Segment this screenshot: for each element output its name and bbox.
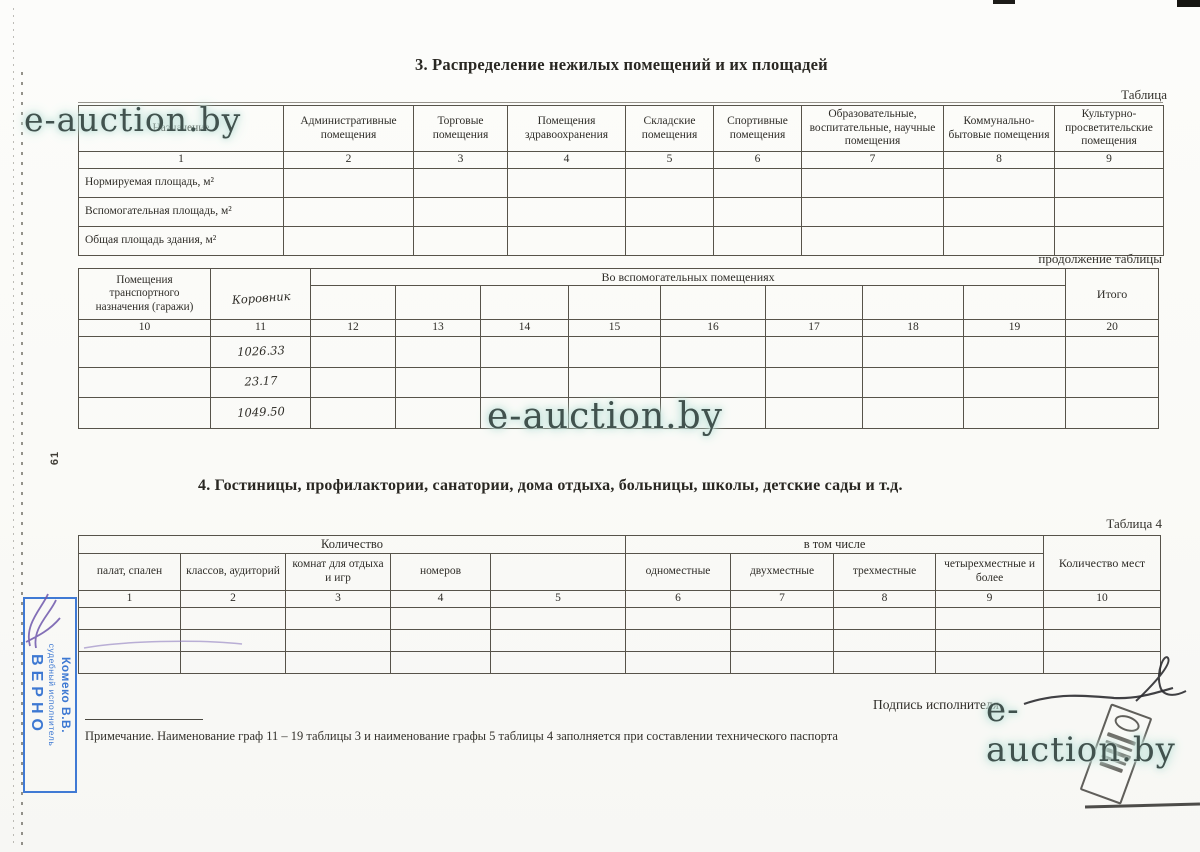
empty-cell <box>626 168 714 197</box>
empty-cell <box>491 629 626 651</box>
empty-cell <box>626 629 731 651</box>
empty-cell <box>391 607 491 629</box>
column-header: четырехместные и более <box>936 554 1044 591</box>
column-number: 6 <box>714 152 802 169</box>
stray-pen-stroke <box>80 636 250 652</box>
column-number: 2 <box>284 152 414 169</box>
empty-cell <box>414 226 508 255</box>
column-header: Помещения здравоохранения <box>508 106 626 152</box>
empty-cell <box>508 226 626 255</box>
table-row: Нормируемая площадь, м² <box>79 168 1164 197</box>
empty-cell <box>964 397 1066 428</box>
table-row <box>79 607 1161 629</box>
empty-cell <box>1044 629 1161 651</box>
page-number: 61 <box>49 451 61 465</box>
column-header: Итого <box>1066 269 1159 320</box>
scan-top-mark <box>993 0 1015 4</box>
empty-cell <box>569 336 661 367</box>
row-label: Нормируемая площадь, м² <box>79 168 284 197</box>
empty-cell <box>964 286 1066 320</box>
column-header: трехместные <box>834 554 936 591</box>
table-row <box>79 651 1161 673</box>
handwritten-entry: Коровник <box>209 265 312 323</box>
scanned-document-page: 3. Распределение нежилых помещений и их … <box>0 0 1200 852</box>
empty-cell <box>766 336 863 367</box>
table-row: Общая площадь здания, м² <box>79 226 1164 255</box>
empty-cell <box>391 651 491 673</box>
column-number: 14 <box>481 320 569 337</box>
empty-cell <box>802 226 944 255</box>
empty-cell <box>286 629 391 651</box>
table-row: 23.17 <box>79 367 1159 397</box>
column-number: 15 <box>569 320 661 337</box>
column-header: Спортивные помещения <box>714 106 802 152</box>
empty-cell <box>834 629 936 651</box>
column-number: 4 <box>508 152 626 169</box>
empty-cell <box>79 367 211 397</box>
empty-cell <box>286 607 391 629</box>
empty-cell <box>311 397 396 428</box>
column-number: 2 <box>181 591 286 608</box>
empty-cell <box>731 651 834 673</box>
executor-signature-label: Подпись исполнителя <box>873 697 999 713</box>
watermark: e-auction.by <box>24 100 241 139</box>
empty-cell <box>414 197 508 226</box>
empty-cell <box>1066 367 1159 397</box>
handwritten-value: 1026.33 <box>210 334 311 368</box>
empty-cell <box>766 286 863 320</box>
column-number: 10 <box>79 320 211 337</box>
empty-cell <box>569 286 661 320</box>
empty-cell <box>626 607 731 629</box>
empty-cell <box>626 651 731 673</box>
column-header: Образовательные, воспитательные, научные… <box>802 106 944 152</box>
group-header: в том числе <box>626 536 1044 554</box>
column-number: 12 <box>311 320 396 337</box>
section4-title: 4. Гостиницы, профилактории, санатории, … <box>198 477 903 495</box>
column-number: 17 <box>766 320 863 337</box>
section3-title: 3. Распределение нежилых помещений и их … <box>415 55 828 75</box>
empty-cell <box>834 607 936 629</box>
empty-cell <box>311 336 396 367</box>
empty-cell <box>626 197 714 226</box>
column-number: 9 <box>1055 152 1164 169</box>
empty-cell <box>414 168 508 197</box>
column-number: 18 <box>863 320 964 337</box>
empty-cell <box>1044 607 1161 629</box>
empty-cell <box>766 397 863 428</box>
empty-cell <box>481 286 569 320</box>
empty-cell <box>396 336 481 367</box>
empty-cell <box>964 367 1066 397</box>
empty-cell <box>661 286 766 320</box>
empty-cell <box>714 197 802 226</box>
empty-cell <box>79 336 211 367</box>
empty-cell <box>944 168 1055 197</box>
watermark: e-auction.by <box>986 690 1200 770</box>
empty-cell <box>396 286 481 320</box>
empty-cell <box>79 397 211 428</box>
column-number: 9 <box>936 591 1044 608</box>
column-number: 6 <box>626 591 731 608</box>
column-number: 10 <box>1044 591 1161 608</box>
empty-cell <box>964 336 1066 367</box>
stamp-signature-handwriting <box>16 584 96 664</box>
empty-cell <box>863 397 964 428</box>
empty-cell <box>1066 336 1159 367</box>
empty-cell <box>1055 226 1164 255</box>
row-label: Общая площадь здания, м² <box>79 226 284 255</box>
empty-cell <box>1066 397 1159 428</box>
column-header: комнат для отдыха и игр <box>286 554 391 591</box>
empty-cell <box>396 397 481 428</box>
column-number: 20 <box>1066 320 1159 337</box>
empty-cell <box>731 607 834 629</box>
cont-number-row: 10 11 12 13 14 15 16 17 18 19 20 <box>79 320 1159 337</box>
table4-label: Таблица 4 <box>1106 516 1162 532</box>
empty-cell <box>311 286 396 320</box>
column-number: 5 <box>491 591 626 608</box>
column-number: 3 <box>414 152 508 169</box>
empty-cell <box>311 367 396 397</box>
table-row: 1026.33 <box>79 336 1159 367</box>
group-header: Количество <box>79 536 626 554</box>
column-header: классов, аудиторий <box>181 554 286 591</box>
empty-cell <box>936 629 1044 651</box>
empty-cell <box>626 226 714 255</box>
empty-cell <box>284 226 414 255</box>
cont-header-row: Помещения транспортного назначения (гара… <box>79 269 1159 286</box>
table4-group-row: Количество в том числе Количество мест <box>79 536 1161 554</box>
column-header: Торговые помещения <box>414 106 508 152</box>
empty-cell <box>181 651 286 673</box>
empty-cell <box>802 168 944 197</box>
column-number: 13 <box>396 320 481 337</box>
empty-cell <box>731 629 834 651</box>
empty-cell <box>569 367 661 397</box>
empty-cell <box>181 607 286 629</box>
watermark: e-auction.by <box>487 396 723 437</box>
scan-bottom-mark <box>1085 802 1200 808</box>
handwritten-value: 1049.50 <box>210 395 311 429</box>
scan-top-mark <box>1177 0 1200 7</box>
empty-cell <box>661 336 766 367</box>
empty-cell <box>714 226 802 255</box>
empty-cell <box>863 367 964 397</box>
empty-cell <box>714 168 802 197</box>
table4-header-row: палат, спален классов, аудиторий комнат … <box>79 554 1161 591</box>
empty-cell <box>391 629 491 651</box>
column-header: номеров <box>391 554 491 591</box>
column-number: 8 <box>944 152 1055 169</box>
empty-cell <box>491 607 626 629</box>
column-number: 19 <box>964 320 1066 337</box>
table3-label: Таблица <box>1121 87 1167 103</box>
column-number: 1 <box>79 152 284 169</box>
column-number: 4 <box>391 591 491 608</box>
column-number: 5 <box>626 152 714 169</box>
column-header: одноместные <box>626 554 731 591</box>
empty-cell <box>284 168 414 197</box>
column-header: Помещения транспортного назначения (гара… <box>79 269 211 320</box>
empty-cell <box>396 367 481 397</box>
empty-cell <box>284 197 414 226</box>
column-number: 8 <box>834 591 936 608</box>
column-header: двухместные <box>731 554 834 591</box>
column-header: Количество мест <box>1044 536 1161 591</box>
column-header: Коммунально-бытовые помещения <box>944 106 1055 152</box>
empty-cell <box>863 336 964 367</box>
row-label: Вспомогательная площадь, м² <box>79 197 284 226</box>
empty-cell <box>944 226 1055 255</box>
column-header: Административные помещения <box>284 106 414 152</box>
column-header <box>491 554 626 591</box>
note-text: Примечание. Наименование граф 11 – 19 та… <box>85 729 895 744</box>
empty-cell <box>286 651 391 673</box>
empty-cell <box>508 168 626 197</box>
column-number: 3 <box>286 591 391 608</box>
empty-cell <box>661 367 766 397</box>
note-rule <box>85 719 203 720</box>
column-number: 16 <box>661 320 766 337</box>
group-header: Во вспомогательных помещениях <box>311 269 1066 286</box>
table3-number-row: 1 2 3 4 5 6 7 8 9 <box>79 152 1164 169</box>
empty-cell <box>481 336 569 367</box>
table-row: Вспомогательная площадь, м² <box>79 197 1164 226</box>
handwritten-value: 23.17 <box>210 365 311 398</box>
empty-cell <box>863 286 964 320</box>
table4-number-row: 1 2 3 4 5 6 7 8 9 10 <box>79 591 1161 608</box>
column-number: 7 <box>802 152 944 169</box>
column-header: Складские помещения <box>626 106 714 152</box>
empty-cell <box>766 367 863 397</box>
empty-cell <box>834 651 936 673</box>
empty-cell <box>508 197 626 226</box>
empty-cell <box>1055 197 1164 226</box>
empty-cell <box>944 197 1055 226</box>
column-number: 7 <box>731 591 834 608</box>
empty-cell <box>936 607 1044 629</box>
scan-edge-dots <box>13 8 14 848</box>
empty-cell <box>481 367 569 397</box>
empty-cell <box>491 651 626 673</box>
column-header: Культурно-просветительские помещения <box>1055 106 1164 152</box>
empty-cell <box>1055 168 1164 197</box>
empty-cell <box>802 197 944 226</box>
